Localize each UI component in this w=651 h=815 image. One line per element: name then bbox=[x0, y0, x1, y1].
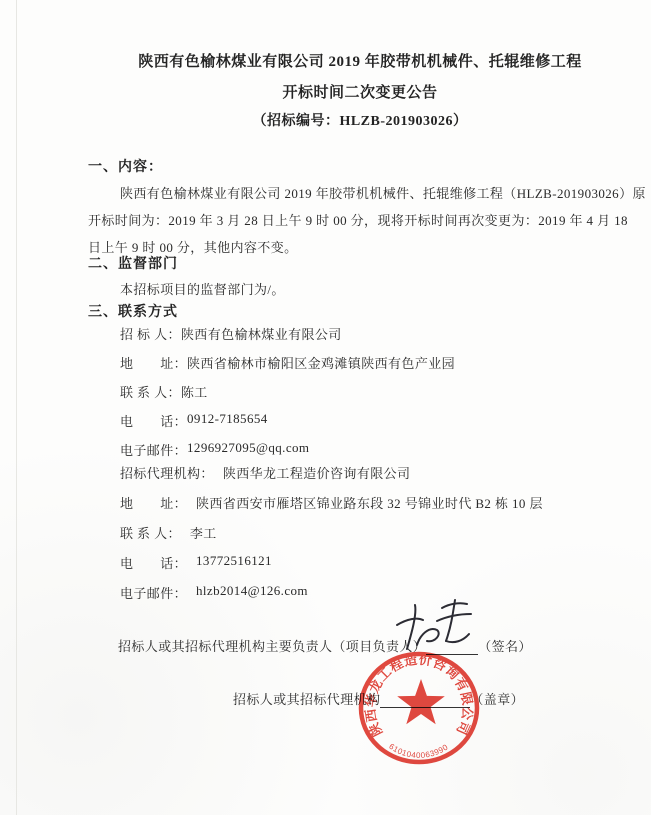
agency-email-value: hlzb2014@126.com bbox=[196, 583, 308, 602]
scan-edge-line bbox=[16, 0, 17, 815]
agency-email-label: 电子邮件： bbox=[120, 583, 187, 602]
agency-address-value: 陕西省西安市雁塔区锦业路东段 32 号锦业时代 B2 栋 10 层 bbox=[196, 493, 543, 512]
agency-name-row: 招标代理机构： 陕西华龙工程造价咨询有限公司 bbox=[120, 463, 543, 482]
agency-contact-person-row: 联 系 人： 李工 bbox=[120, 523, 543, 542]
agency-contact-person-label: 联 系 人： bbox=[120, 523, 181, 542]
tenderer-email-row: 电子邮件： 1296927095@qq.com bbox=[120, 440, 455, 459]
stamp-star-icon bbox=[397, 679, 445, 724]
section1-paragraph-line1: 陕西有色榆林煤业有限公司 2019 年胶带机机械件、托辊维修工程（HLZB-20… bbox=[120, 183, 646, 202]
section2-body: 本招标项目的监督部门为/。 bbox=[120, 279, 285, 298]
section1-paragraph-line2: 开标时间为：2019 年 3 月 28 日上午 9 时 00 分，现将开标时间再… bbox=[88, 210, 628, 229]
agency-phone-row: 电 话： 13772516121 bbox=[120, 553, 543, 572]
tenderer-contact-block: 招 标 人： 陕西有色榆林煤业有限公司 地 址： 陕西省榆林市榆阳区金鸡滩镇陕西… bbox=[120, 324, 455, 459]
company-seal-stamp: 陕西华龙工程造价咨询有限公司 6101040063990 bbox=[350, 640, 495, 785]
section2-heading: 二、监督部门 bbox=[88, 253, 178, 273]
tenderer-email-value: 1296927095@qq.com bbox=[187, 440, 309, 459]
tenderer-name-row: 招 标 人： 陕西有色榆林煤业有限公司 bbox=[120, 324, 455, 343]
agency-contact-person-value: 李工 bbox=[190, 523, 217, 542]
tenderer-name-label: 招 标 人： bbox=[120, 324, 181, 343]
tenderer-contact-person-label: 联 系 人： bbox=[120, 382, 181, 401]
agency-phone-label: 电 话： bbox=[120, 553, 187, 572]
section1-heading: 一、内容： bbox=[88, 156, 163, 176]
agency-name-label: 招标代理机构： bbox=[120, 463, 214, 482]
tenderer-name-value: 陕西有色榆林煤业有限公司 bbox=[181, 324, 342, 343]
agency-contact-block: 招标代理机构： 陕西华龙工程造价咨询有限公司 地 址： 陕西省西安市雁塔区锦业路… bbox=[120, 463, 543, 602]
tenderer-address-value: 陕西省榆林市榆阳区金鸡滩镇陕西有色产业园 bbox=[187, 353, 455, 372]
agency-name-value: 陕西华龙工程造价咨询有限公司 bbox=[223, 463, 411, 482]
tenderer-address-row: 地 址： 陕西省榆林市榆阳区金鸡滩镇陕西有色产业园 bbox=[120, 353, 455, 372]
document-title-line2: 开标时间二次变更公告 bbox=[90, 81, 630, 102]
tenderer-contact-person-value: 陈工 bbox=[181, 382, 208, 401]
agency-address-row: 地 址： 陕西省西安市雁塔区锦业路东段 32 号锦业时代 B2 栋 10 层 bbox=[120, 493, 543, 512]
scanned-document-page: 陕西有色榆林煤业有限公司 2019 年胶带机机械件、托辊维修工程 开标时间二次变… bbox=[0, 0, 651, 815]
tenderer-address-label: 地 址： bbox=[120, 353, 187, 372]
agency-phone-value: 13772516121 bbox=[196, 553, 272, 572]
tenderer-phone-label: 电 话： bbox=[120, 411, 187, 430]
tenderer-contact-person-row: 联 系 人： 陈工 bbox=[120, 382, 455, 401]
tenderer-phone-row: 电 话： 0912-7185654 bbox=[120, 411, 455, 430]
tenderer-email-label: 电子邮件： bbox=[120, 440, 187, 459]
section3-heading: 三、联系方式 bbox=[88, 301, 178, 321]
document-title-line1: 陕西有色榆林煤业有限公司 2019 年胶带机机械件、托辊维修工程 bbox=[90, 50, 630, 71]
tenderer-phone-value: 0912-7185654 bbox=[187, 411, 268, 430]
agency-address-label: 地 址： bbox=[120, 493, 187, 512]
tender-number: （招标编号：HLZB-201903026） bbox=[90, 110, 630, 130]
